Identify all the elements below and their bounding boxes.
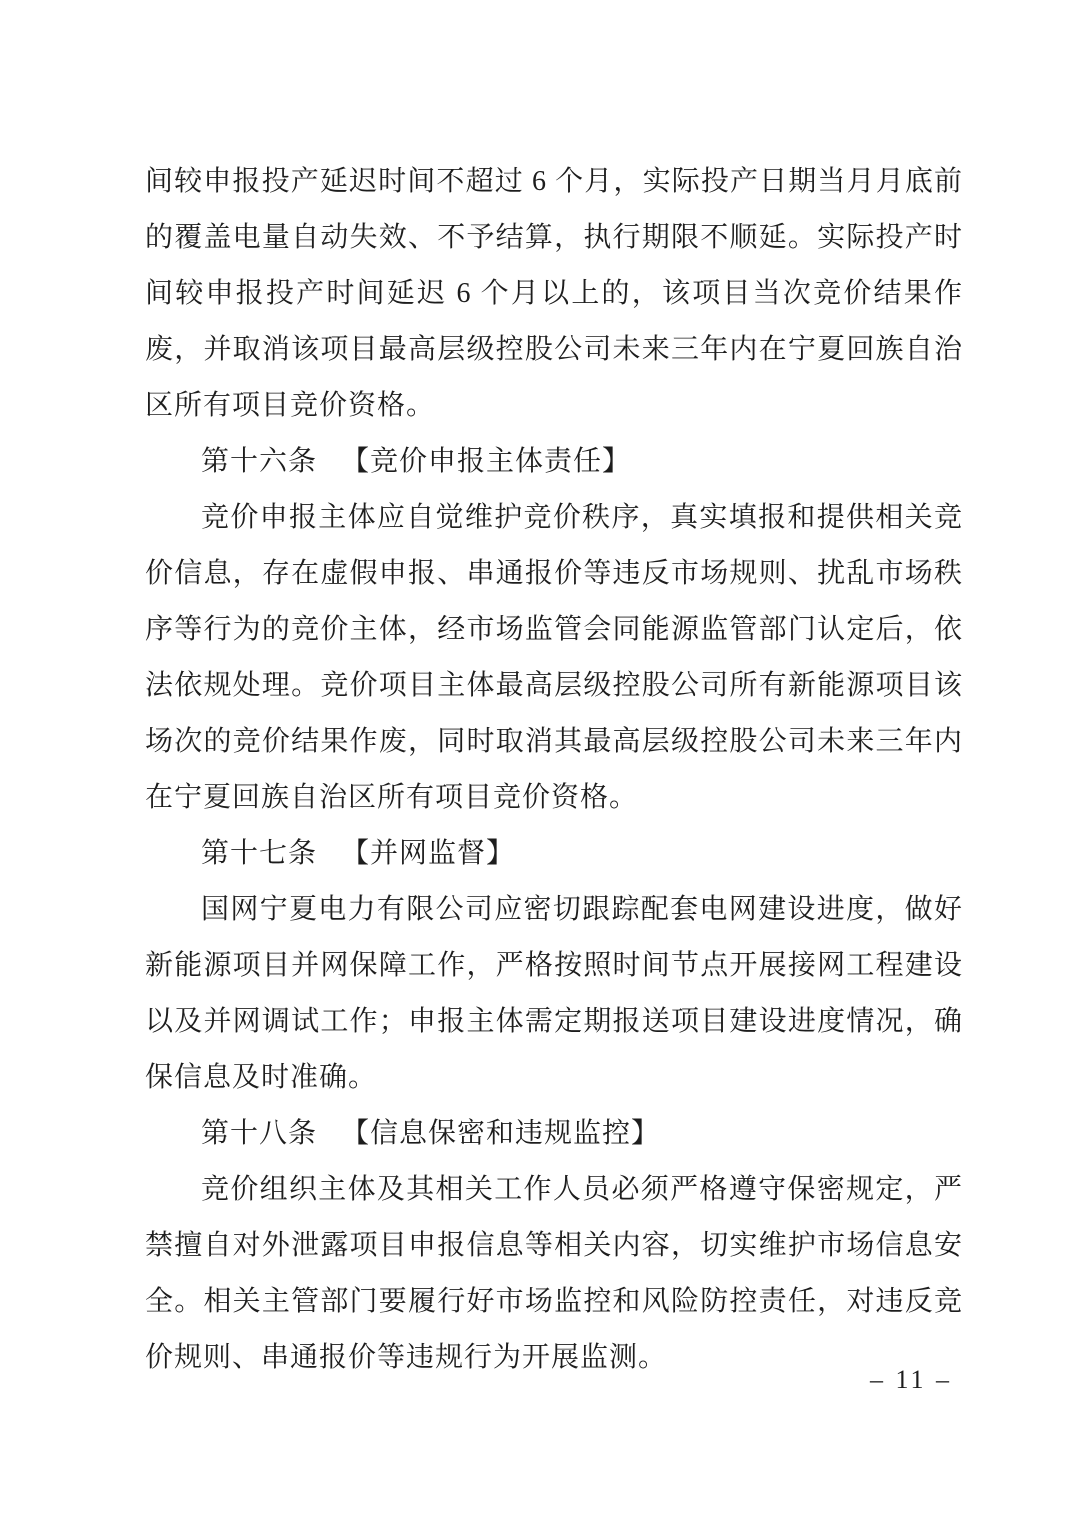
text-line: 国网宁夏电力有限公司应密切跟踪配套电网建设进度，做好 bbox=[145, 882, 963, 938]
text-line: 场次的竞价结果作废，同时取消其最高层级控股公司未来三年内 bbox=[145, 714, 963, 770]
article-17-heading: 第十七条【并网监督】 bbox=[145, 826, 963, 882]
text-line: 序等行为的竞价主体，经市场监管会同能源监管部门认定后，依 bbox=[145, 602, 963, 658]
article-title: 【信息保密和违规监控】 bbox=[341, 1118, 660, 1149]
article-16-heading: 第十六条【竞价申报主体责任】 bbox=[145, 434, 963, 490]
text-line: 价规则、串通报价等违规行为开展监测。 bbox=[145, 1330, 963, 1386]
body-text: 间较申报投产延迟时间不超过 6 个月，实际投产日期当月月底前 的覆盖电量自动失效… bbox=[145, 154, 963, 1386]
text-line: 竞价申报主体应自觉维护竞价秩序，真实填报和提供相关竞 bbox=[145, 490, 963, 546]
text-line: 法依规处理。竞价项目主体最高层级控股公司所有新能源项目该 bbox=[145, 658, 963, 714]
article-number: 第十六条 bbox=[201, 446, 317, 477]
document-page: 间较申报投产延迟时间不超过 6 个月，实际投产日期当月月底前 的覆盖电量自动失效… bbox=[0, 0, 1080, 1528]
text-line: 保信息及时准确。 bbox=[145, 1050, 963, 1106]
text-line: 间较申报投产延迟时间不超过 6 个月，实际投产日期当月月底前 bbox=[145, 154, 963, 210]
text-line: 的覆盖电量自动失效、不予结算，执行期限不顺延。实际投产时 bbox=[145, 210, 963, 266]
text-line: 禁擅自对外泄露项目申报信息等相关内容，切实维护市场信息安 bbox=[145, 1218, 963, 1274]
text-line: 在宁夏回族自治区所有项目竞价资格。 bbox=[145, 770, 963, 826]
article-18-heading: 第十八条【信息保密和违规监控】 bbox=[145, 1106, 963, 1162]
text-line: 新能源项目并网保障工作，严格按照时间节点开展接网工程建设 bbox=[145, 938, 963, 994]
article-number: 第十八条 bbox=[201, 1118, 317, 1149]
article-title: 【并网监督】 bbox=[341, 838, 515, 869]
text-line: 废，并取消该项目最高层级控股公司未来三年内在宁夏回族自治 bbox=[145, 322, 963, 378]
page-number: – 11 – bbox=[870, 1362, 952, 1398]
text-line: 价信息，存在虚假申报、串通报价等违反市场规则、扰乱市场秩 bbox=[145, 546, 963, 602]
text-line: 间较申报投产时间延迟 6 个月以上的，该项目当次竞价结果作 bbox=[145, 266, 963, 322]
text-line: 以及并网调试工作；申报主体需定期报送项目建设进度情况，确 bbox=[145, 994, 963, 1050]
text-line: 全。相关主管部门要履行好市场监控和风险防控责任，对违反竞 bbox=[145, 1274, 963, 1330]
text-line: 区所有项目竞价资格。 bbox=[145, 378, 963, 434]
article-title: 【竞价申报主体责任】 bbox=[341, 446, 631, 477]
text-line: 竞价组织主体及其相关工作人员必须严格遵守保密规定，严 bbox=[145, 1162, 963, 1218]
article-number: 第十七条 bbox=[201, 838, 317, 869]
